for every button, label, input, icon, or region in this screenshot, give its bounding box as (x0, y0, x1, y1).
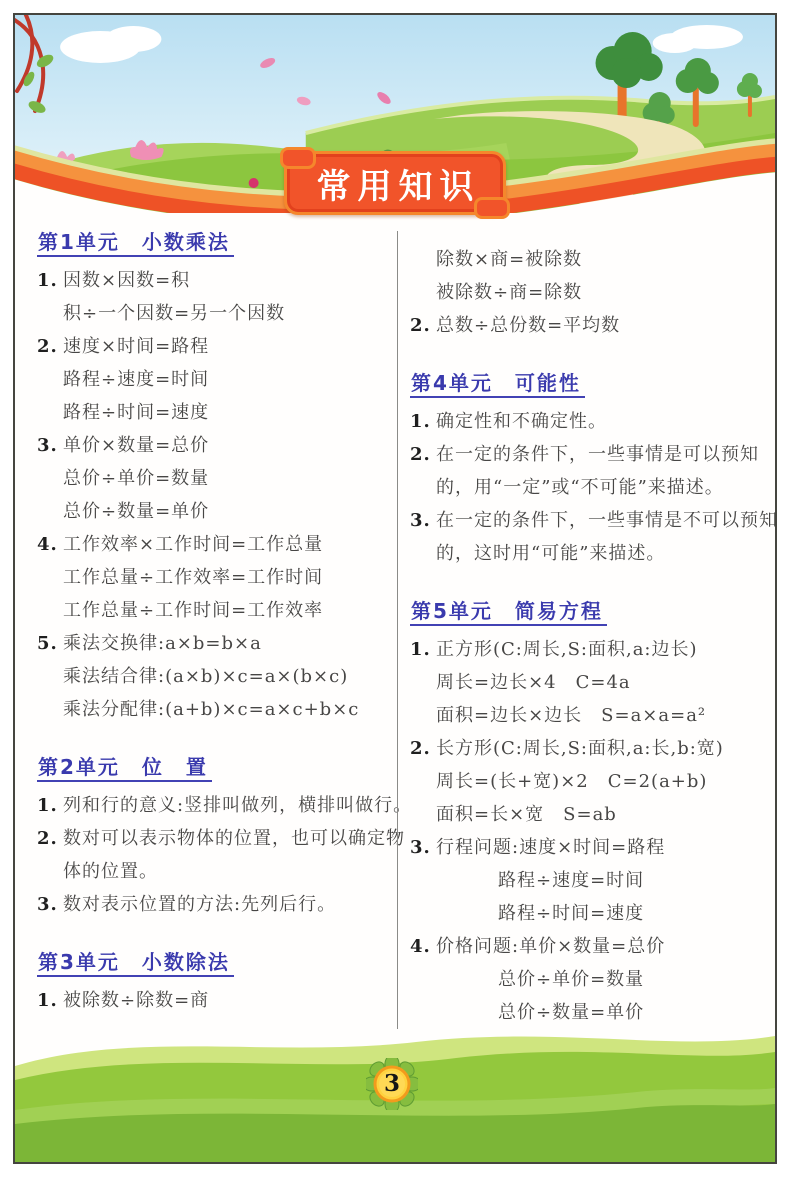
footer-illustration: 3 (15, 1012, 775, 1162)
section-heading-text: 第3单元 小数除法 (37, 947, 234, 977)
line-text: 正方形(C:周长,S:面积,a:边长) (436, 633, 698, 666)
grass-main (15, 1052, 775, 1162)
formula-line: 除数×商=被除数 (410, 243, 762, 276)
line-text: 价格问题:单价×数量=总价 (436, 930, 665, 963)
formula-line: 体的位置。 (37, 855, 389, 888)
line-text: 数对可以表示物体的位置，也可以确定物 (63, 822, 405, 855)
line-text: 体的位置。 (37, 855, 158, 888)
line-text: 路程÷速度=时间 (410, 864, 644, 897)
formula-line: 路程÷速度=时间 (410, 864, 762, 897)
formula-line: 2.长方形(C:周长,S:面积,a:长,b:宽) (410, 732, 762, 765)
line-text: 总价÷单价=数量 (37, 462, 209, 495)
line-text: 总价÷数量=单价 (410, 996, 644, 1029)
formula-line: 面积=长×宽 S=ab (410, 798, 762, 831)
line-text: 被除数÷除数=商 (63, 984, 209, 1017)
grass-art (15, 1012, 775, 1162)
line-text: 周长=(长+宽)×2 C=2(a+b) (410, 765, 707, 798)
formula-line: 3.单价×数量=总价 (37, 429, 389, 462)
line-text: 路程÷时间=速度 (410, 897, 644, 930)
section-heading-text: 第2单元 位 置 (37, 752, 212, 782)
formula-line: 的，这时用“可能”来描述。 (410, 537, 762, 570)
formula-line: 2.总数÷总份数=平均数 (410, 309, 762, 342)
list-number: 4. (37, 528, 63, 561)
line-text: 单价×数量=总价 (63, 429, 209, 462)
list-number: 2. (410, 438, 436, 471)
line-text: 的，用“一定”或“不可能”来描述。 (410, 471, 724, 504)
line-text: 长方形(C:周长,S:面积,a:长,b:宽) (436, 732, 724, 765)
formula-line: 总价÷单价=数量 (410, 963, 762, 996)
formula-line: 2.在一定的条件下，一些事情是可以预知 (410, 438, 762, 471)
section-heading: 第1单元 小数乘法 (37, 227, 389, 257)
formula-line: 3.行程问题:速度×时间=路程 (410, 831, 762, 864)
header-illustration: 常用知识 (15, 15, 775, 213)
line-text: 面积=边长×边长 S=a×a=a² (410, 699, 706, 732)
list-number: 3. (410, 504, 436, 537)
formula-line: 5.乘法交换律:a×b=b×a (37, 627, 389, 660)
formula-line: 1.被除数÷除数=商 (37, 984, 389, 1017)
list-number: 1. (37, 984, 63, 1017)
formula-line: 总价÷数量=单价 (410, 996, 762, 1029)
line-text: 工作总量÷工作效率=工作时间 (37, 561, 323, 594)
list-number: 2. (37, 822, 63, 855)
line-text: 被除数÷商=除数 (410, 276, 582, 309)
list-number: 1. (37, 264, 63, 297)
line-text: 总价÷单价=数量 (410, 963, 644, 996)
list-number: 1. (410, 405, 436, 438)
banner: 常用知识 (284, 151, 506, 215)
line-text: 路程÷速度=时间 (37, 363, 209, 396)
section-heading: 第5单元 简易方程 (410, 596, 762, 626)
formula-line: 1.列和行的意义:竖排叫做列，横排叫做行。 (37, 789, 389, 822)
grass-shadow (15, 1104, 775, 1162)
banner-title: 常用知识 (310, 159, 481, 208)
line-text: 总数÷总份数=平均数 (436, 309, 620, 342)
workbook-page: 常用知识 第1单元 小数乘法1.因数×因数=积积÷一个因数=另一个因数2.速度×… (13, 13, 777, 1164)
formula-line: 被除数÷商=除数 (410, 276, 762, 309)
formula-line: 乘法分配律:(a+b)×c=a×c+b×c (37, 693, 389, 726)
formula-line: 1.确定性和不确定性。 (410, 405, 762, 438)
formula-line: 积÷一个因数=另一个因数 (37, 297, 389, 330)
formula-line: 路程÷时间=速度 (410, 897, 762, 930)
formula-line: 4.工作效率×工作时间=工作总量 (37, 528, 389, 561)
formula-line: 乘法结合律:(a×b)×c=a×(b×c) (37, 660, 389, 693)
line-text: 的，这时用“可能”来描述。 (410, 537, 665, 570)
line-text: 数对表示位置的方法:先列后行。 (63, 888, 336, 921)
line-text: 周长=边长×4 C=4a (410, 666, 631, 699)
formula-line: 总价÷单价=数量 (37, 462, 389, 495)
line-text: 在一定的条件下，一些事情是不可以预知 (436, 504, 777, 537)
section-heading-text: 第1单元 小数乘法 (37, 227, 234, 257)
content-area: 第1单元 小数乘法1.因数×因数=积积÷一个因数=另一个因数2.速度×时间=路程… (15, 213, 775, 1029)
formula-line: 面积=边长×边长 S=a×a=a² (410, 699, 762, 732)
line-text: 因数×因数=积 (63, 264, 190, 297)
formula-line: 1.因数×因数=积 (37, 264, 389, 297)
formula-line: 4.价格问题:单价×数量=总价 (410, 930, 762, 963)
section-heading-text: 第5单元 简易方程 (410, 596, 607, 626)
formula-line: 工作总量÷工作时间=工作效率 (37, 594, 389, 627)
line-text: 总价÷数量=单价 (37, 495, 209, 528)
line-text: 行程问题:速度×时间=路程 (436, 831, 665, 864)
formula-line: 总价÷数量=单价 (37, 495, 389, 528)
formula-line: 路程÷速度=时间 (37, 363, 389, 396)
list-number: 2. (410, 309, 436, 342)
line-text: 面积=长×宽 S=ab (410, 798, 617, 831)
formula-line: 2.数对可以表示物体的位置，也可以确定物 (37, 822, 389, 855)
line-text: 除数×商=被除数 (410, 243, 582, 276)
list-number: 3. (37, 429, 63, 462)
formula-line: 周长=(长+宽)×2 C=2(a+b) (410, 765, 762, 798)
line-text: 速度×时间=路程 (63, 330, 209, 363)
line-text: 路程÷时间=速度 (37, 396, 209, 429)
page-number-flower: 3 (366, 1058, 418, 1110)
formula-line: 路程÷时间=速度 (37, 396, 389, 429)
section-heading: 第2单元 位 置 (37, 752, 389, 782)
formula-line: 工作总量÷工作效率=工作时间 (37, 561, 389, 594)
list-number: 3. (37, 888, 63, 921)
line-text: 乘法交换律:a×b=b×a (63, 627, 262, 660)
line-text: 确定性和不确定性。 (436, 405, 607, 438)
line-text: 乘法结合律:(a×b)×c=a×(b×c) (37, 660, 348, 693)
section-heading: 第4单元 可能性 (410, 368, 762, 398)
line-text: 工作效率×工作时间=工作总量 (63, 528, 323, 561)
list-number: 2. (37, 330, 63, 363)
formula-line: 3.数对表示位置的方法:先列后行。 (37, 888, 389, 921)
line-text: 乘法分配律:(a+b)×c=a×c+b×c (37, 693, 359, 726)
formula-line: 的，用“一定”或“不可能”来描述。 (410, 471, 762, 504)
formula-line: 1.正方形(C:周长,S:面积,a:边长) (410, 633, 762, 666)
line-text: 积÷一个因数=另一个因数 (37, 297, 285, 330)
line-text: 在一定的条件下，一些事情是可以预知 (436, 438, 759, 471)
left-column: 第1单元 小数乘法1.因数×因数=积积÷一个因数=另一个因数2.速度×时间=路程… (37, 227, 389, 1029)
formula-line: 2.速度×时间=路程 (37, 330, 389, 363)
list-number: 1. (37, 789, 63, 822)
grass-band-light (15, 1088, 775, 1128)
line-text: 列和行的意义:竖排叫做列，横排叫做行。 (63, 789, 412, 822)
section-heading-text: 第4单元 可能性 (410, 368, 585, 398)
formula-line: 周长=边长×4 C=4a (410, 666, 762, 699)
grass-crest-light (15, 1036, 775, 1162)
flower-icon (366, 1058, 418, 1110)
page-number: 3 (366, 1058, 418, 1110)
line-text: 工作总量÷工作时间=工作效率 (37, 594, 323, 627)
list-number: 2. (410, 732, 436, 765)
list-number: 4. (410, 930, 436, 963)
column-divider (397, 231, 398, 1029)
list-number: 5. (37, 627, 63, 660)
list-number: 1. (410, 633, 436, 666)
section-heading: 第3单元 小数除法 (37, 947, 389, 977)
list-number: 3. (410, 831, 436, 864)
formula-line: 3.在一定的条件下，一些事情是不可以预知 (410, 504, 762, 537)
right-column: 除数×商=被除数被除数÷商=除数2.总数÷总份数=平均数第4单元 可能性1.确定… (410, 227, 762, 1029)
